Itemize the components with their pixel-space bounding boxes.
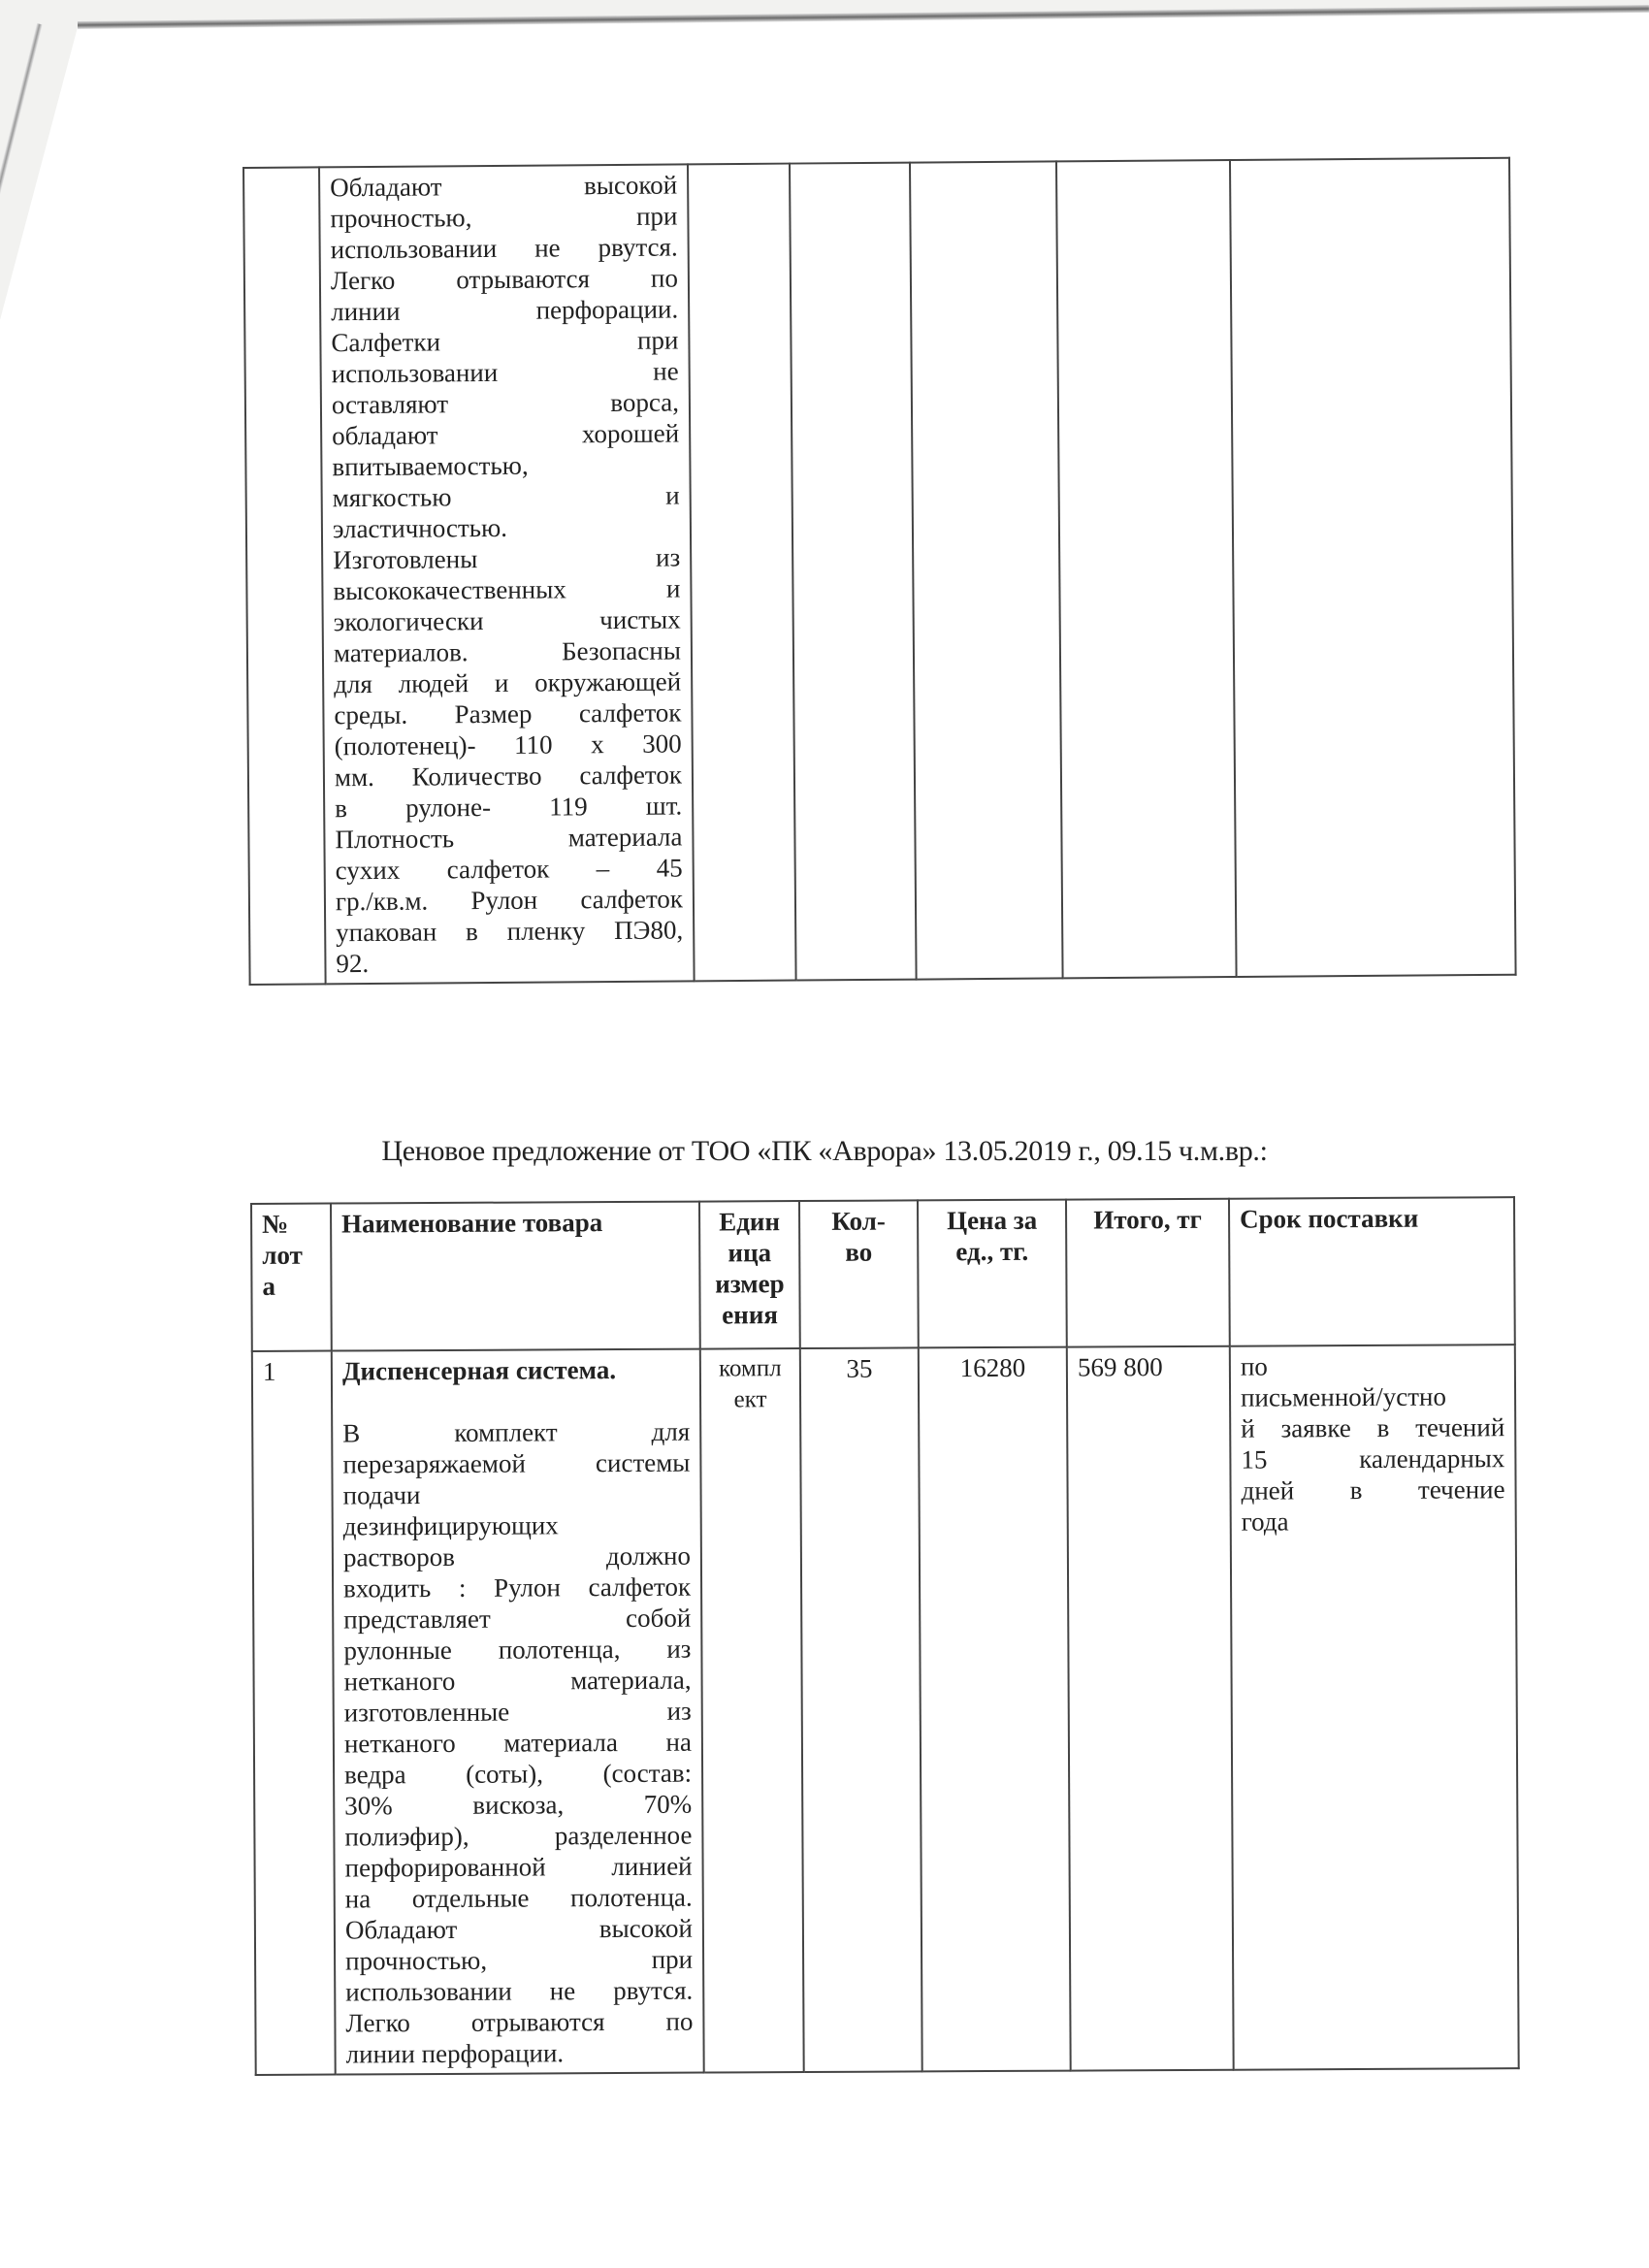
header-total: Итого, тг [1066, 1199, 1230, 1347]
lot-cell: 1 [252, 1351, 336, 2075]
text-line: ведра (соты), (состав: [344, 1758, 692, 1791]
total-cell [1056, 160, 1237, 978]
text-line: нетканого материала, [344, 1665, 692, 1698]
header-unit-price: Цена заед., тг. [918, 1200, 1067, 1348]
text-line: Плотность материала [335, 821, 682, 855]
price-offer-caption: Ценовое предложение от ТОО «ПК «Аврора» … [0, 1135, 1649, 1168]
table-row: 1 Диспенсерная система. В комплект дляпе… [252, 1345, 1519, 2075]
unit-price-cell [910, 161, 1063, 979]
header-lot: №лота [251, 1204, 332, 1351]
text-line: растворов должно [343, 1540, 691, 1573]
text-line: упакован в пленку ПЭ80, [336, 914, 683, 948]
description-cell: Диспенсерная система. В комплект дляпере… [332, 1349, 704, 2075]
text-line: по [1241, 1349, 1504, 1381]
text-line: 30% вискоза, 70% [344, 1789, 692, 1822]
delivery-cell [1230, 158, 1516, 977]
delivery-cell: пописьменной/устной заявке в течений15 к… [1230, 1345, 1519, 2070]
delivery-text: пописьменной/устной заявке в течений15 к… [1241, 1349, 1505, 1537]
text-line: прочностью, при [330, 200, 677, 234]
text-line: 92. [336, 945, 683, 979]
header-name: Наименование товара [331, 1202, 700, 1351]
text-line: Легко отрываются по [345, 2006, 693, 2039]
text-line: на отдельные полотенца. [345, 1882, 693, 1915]
text-line: мм. Количество салфеток [335, 759, 682, 793]
description-cell: Обладают высокойпрочностью, прииспользов… [319, 164, 695, 984]
text-line: дней в течение [1241, 1474, 1504, 1506]
text-line: экологически чистых [334, 603, 681, 637]
unit-price-cell: 16280 [919, 1347, 1071, 2072]
text-line: линии перфорации. [331, 293, 678, 327]
text-line: й заявке в течений [1241, 1411, 1504, 1443]
text-line: Обладают высокой [345, 1913, 693, 1946]
text-line: перезаряжаемой системы [342, 1447, 690, 1480]
text-line: В комплект для [342, 1416, 690, 1449]
header-unit: Единицаизмерения [699, 1201, 800, 1349]
total-cell: 569 800 [1067, 1346, 1234, 2071]
unit-cell: комплект [700, 1348, 804, 2073]
description-text: В комплект дляперезаряжаемой системыпода… [342, 1416, 694, 2070]
text-line: использовании не рвутся. [345, 1975, 693, 2008]
text-line: впитываемостью, [332, 448, 679, 482]
header-qty: Кол-во [799, 1200, 919, 1348]
product-title: Диспенсерная система. [342, 1354, 690, 1387]
text-line: Салфетки при [331, 324, 678, 358]
text-line: эластичностью. [333, 510, 680, 544]
text-line: изготовленные из [344, 1696, 692, 1729]
header-delivery: Срок поставки [1229, 1197, 1515, 1346]
qty-cell [790, 163, 917, 981]
table-header-row: №лота Наименование товара Единицаизмерен… [251, 1197, 1515, 1351]
text-line: дезинфицирующих [343, 1509, 691, 1542]
description-text: Обладают высокойпрочностью, прииспользов… [330, 169, 684, 979]
text-line: среды. Размер салфеток [334, 697, 681, 730]
text-line: высококачественных и [333, 572, 680, 606]
text-line: Обладают высокой [330, 169, 677, 203]
text-line: оставляют ворса, [332, 386, 679, 420]
text-line: для людей и окружающей [334, 665, 681, 699]
text-line: рулонные полотенца, из [343, 1634, 691, 1667]
text-line: нетканого материала на [344, 1727, 692, 1760]
text-line: письменной/устно [1241, 1380, 1504, 1412]
text-line: года [1242, 1505, 1505, 1537]
text-line: обладают хорошей [332, 417, 679, 451]
text-line: использовании не рвутся. [331, 231, 678, 265]
text-line: мягкостью и [333, 479, 680, 513]
text-line: входить : Рулон салфеток [343, 1571, 691, 1604]
price-offer-table: №лота Наименование товара Единицаизмерен… [250, 1196, 1520, 2076]
text-line: использовании не [332, 355, 679, 389]
text-line: полиэфир), разделенное [344, 1820, 692, 1853]
text-line: подачи [342, 1478, 690, 1511]
text-line: перфорированной линией [345, 1851, 693, 1884]
text-line: сухих салфеток – 45 [336, 852, 683, 886]
lot-cell [243, 167, 326, 985]
text-line: Легко отрываются по [331, 262, 678, 296]
continued-spec-table: Обладают высокойпрочностью, прииспользов… [242, 157, 1517, 986]
text-line: прочностью, при [345, 1944, 693, 1977]
text-line: гр./кв.м. Рулон салфеток [336, 883, 683, 917]
text-line: Изготовлены из [333, 541, 680, 575]
text-line: материалов. Безопасны [334, 634, 681, 668]
qty-cell: 35 [800, 1347, 922, 2072]
text-line: (полотенец)- 110 х 300 [335, 728, 682, 761]
text-line: представляет собой [343, 1603, 691, 1636]
text-line: 15 календарных [1241, 1442, 1504, 1474]
table-row: Обладают высокойпрочностью, прииспользов… [243, 158, 1516, 985]
text-line: линии перфорации. [346, 2037, 694, 2070]
unit-cell [688, 164, 796, 982]
text-line: в рулоне- 119 шт. [335, 790, 682, 824]
